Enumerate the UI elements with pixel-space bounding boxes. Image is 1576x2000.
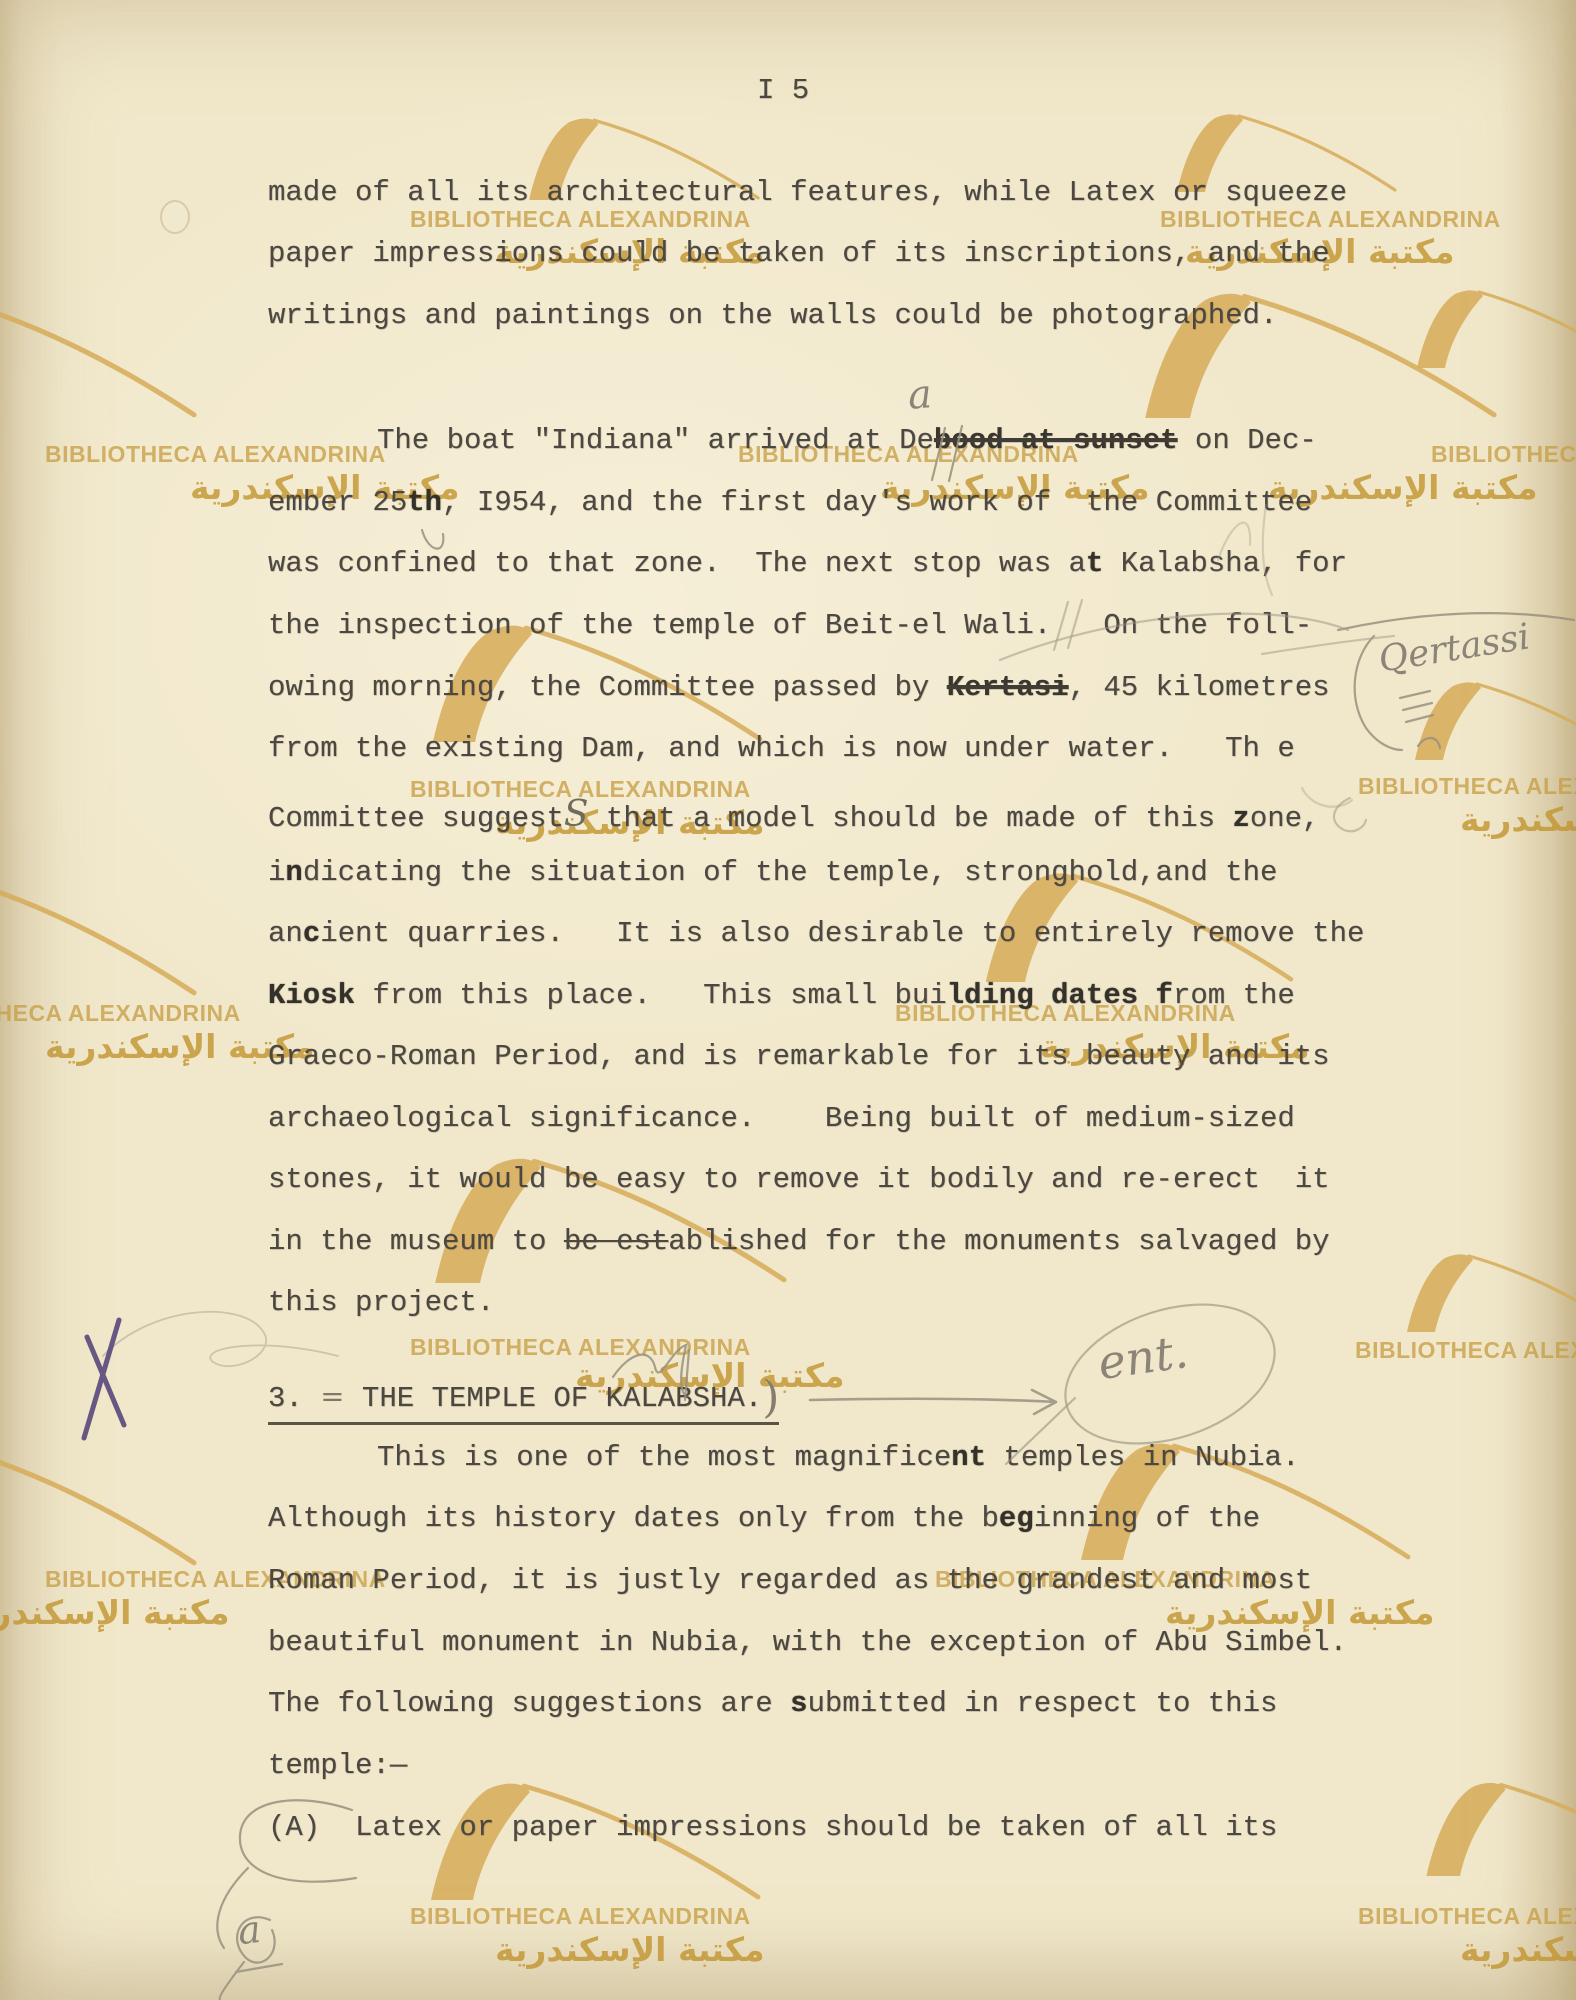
typed-line: archaeological significance. Being built… — [268, 1102, 1295, 1135]
typed-line: from the existing Dam, and which is now … — [268, 732, 1295, 765]
typed-line: this project. — [268, 1286, 494, 1319]
typed-line: The following suggestions are submitted … — [268, 1687, 1277, 1720]
typed-line: made of all its architectural features, … — [268, 176, 1347, 209]
bibliotheca-alexandrina-arch-watermark — [1395, 288, 1576, 372]
bibliotheca-alexandrina-arch-watermark — [0, 868, 200, 1002]
typed-line: was confined to that zone. The next stop… — [268, 547, 1347, 580]
typed-line: writings and paintings on the walls coul… — [268, 299, 1277, 332]
watermark-latin-text: BIBLIOTHECA ALEXANDRINA — [410, 1903, 751, 1930]
watermark-arabic-text: مكتبة الإسكندرية — [0, 1593, 230, 1632]
x-mark — [84, 1320, 124, 1438]
document-page: BIBLIOTHECA ALEXANDRINAمكتبة الإسكندريةB… — [0, 0, 1576, 2000]
typed-line: ember 25th, I954, and the first day's wo… — [268, 486, 1312, 519]
watermark-latin-text: BIBLIOTHECA ALEXANDRINA — [45, 441, 386, 468]
watermark-arabic-text: مكتبة الإسكندرية — [1460, 1930, 1576, 1969]
pencil-note-circled-a: a — [236, 1907, 263, 1953]
paper-flaw — [160, 200, 190, 234]
watermark-latin-text: BIBLIOTHECA ALEXANDRINA — [1358, 1903, 1576, 1930]
typed-line: Although its history dates only from the… — [268, 1502, 1260, 1535]
watermark-latin-text: BIBLIOTHECA ALEXANDRINA — [1160, 206, 1501, 233]
watermark-latin-text: BIBLIOTHECA ALEXANDRINA — [1358, 773, 1576, 800]
typed-line: The boat "Indiana" arrived at Debood at … — [377, 424, 1317, 457]
typed-line: the inspection of the temple of Beit-el … — [268, 609, 1312, 642]
section-heading: 3. = THE TEMPLE OF KALABSHA.) — [268, 1379, 779, 1425]
typed-line: (A) Latex or paper impressions should be… — [268, 1811, 1277, 1844]
typed-line: Kiosk from this place. This small buildi… — [268, 979, 1295, 1012]
pencil-note-a-above-debood: a — [906, 371, 933, 419]
bibliotheca-alexandrina-arch-watermark — [1385, 1252, 1576, 1336]
typed-line: indicating the situation of the temple, … — [268, 856, 1277, 889]
typed-line: Committee suggestS that a model should b… — [268, 794, 1319, 835]
typed-line: temple:— — [268, 1749, 407, 1782]
watermark-latin-text: BIBLIOTHECA ALEXANDRINA — [0, 1000, 241, 1027]
watermark-arabic-text: مكتبة الإسكندرية — [495, 1930, 765, 1969]
typed-line: owing morning, the Committee passed by K… — [268, 671, 1330, 704]
bibliotheca-alexandrina-arch-watermark — [0, 290, 200, 424]
watermark-arabic-text: مكتبة الإسكندرية — [1460, 800, 1576, 839]
watermark-latin-text: BIBLIOTHECA ALEXANDRINA — [1431, 441, 1576, 468]
typed-line: paper impressions could be taken of its … — [268, 237, 1330, 270]
bibliotheca-alexandrina-arch-watermark — [1393, 680, 1576, 764]
typed-line: beautiful monument in Nubia, with the ex… — [268, 1626, 1347, 1659]
typed-line: Roman Period, it is justly regarded as t… — [268, 1564, 1312, 1597]
page-number: I 5 — [757, 74, 809, 107]
watermark-latin-text: BIBLIOTHECA ALEXANDRINA — [1355, 1337, 1576, 1364]
typed-line: stones, it would be easy to remove it bo… — [268, 1163, 1330, 1196]
bibliotheca-alexandrina-arch-watermark — [1400, 1780, 1576, 1881]
typed-line: in the museum to be established for the … — [268, 1225, 1330, 1258]
margin-note-qertassi: Qertassi — [1376, 616, 1533, 680]
typed-line: Graeco-Roman Period, and is remarkable f… — [268, 1040, 1330, 1073]
typed-line: ancient quarries. It is also desirable t… — [268, 917, 1364, 950]
watermark-latin-text: BIBLIOTHECA ALEXANDRINA — [410, 206, 751, 233]
bibliotheca-alexandrina-arch-watermark — [0, 1438, 200, 1572]
pencil-note-ent: ent. — [1095, 1324, 1192, 1390]
typed-line: This is one of the most magnificent temp… — [377, 1441, 1299, 1474]
